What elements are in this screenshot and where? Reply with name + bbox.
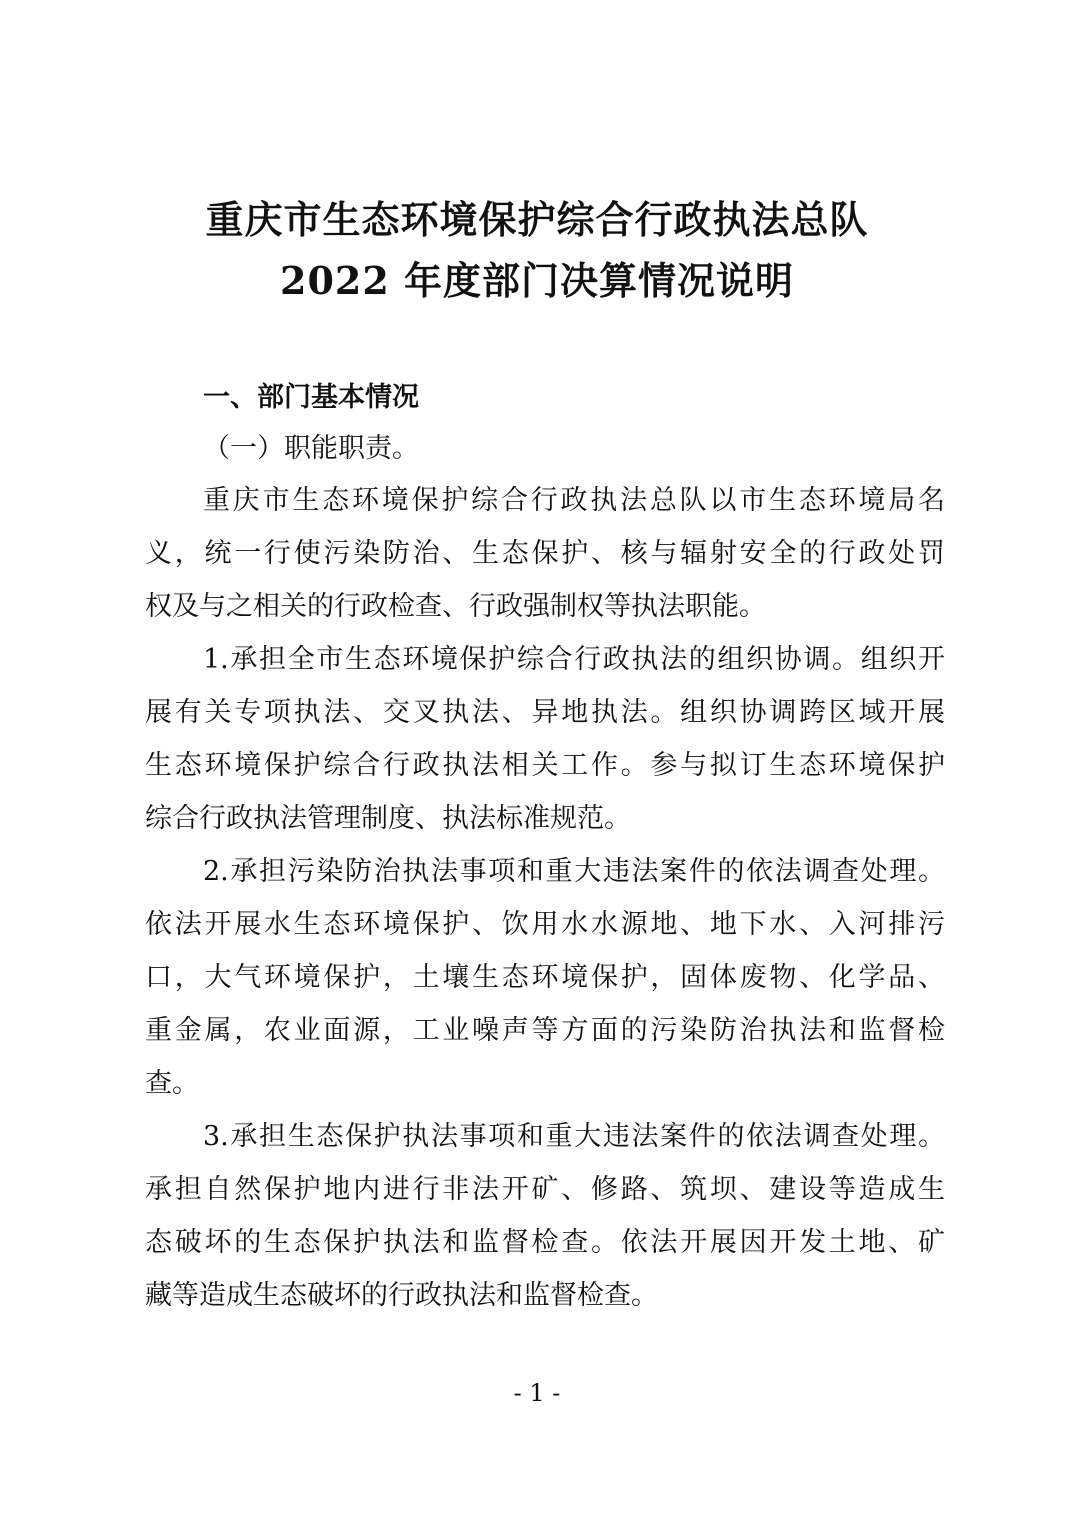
paragraph-line: 重金属，农业面源，工业噪声等方面的污染防治执法和监督检	[145, 1013, 945, 1049]
paragraph-line: 口，大气环境保护，土壤生态环境保护，固体废物、化学品、	[145, 960, 945, 996]
paragraph-line: 生态环境保护综合行政执法相关工作。参与拟订生态环境保护	[145, 748, 945, 784]
paragraph-line: 1.承担全市生态环境保护综合行政执法的组织协调。组织开	[203, 642, 945, 678]
page-number: - 1 -	[0, 1378, 1074, 1408]
document-title-line-1: 重庆市生态环境保护综合行政执法总队	[0, 197, 1074, 243]
paragraph-line: 综合行政执法管理制度、执法标准规范。	[145, 801, 945, 837]
paragraph-line: 承担自然保护地内进行非法开矿、修路、筑坝、建设等造成生	[145, 1172, 945, 1208]
paragraph-line: 藏等造成生态破坏的行政执法和监督检查。	[145, 1278, 945, 1314]
paragraph-line: 重庆市生态环境保护综合行政执法总队以市生态环境局名	[203, 483, 945, 519]
paragraph-line: 态破坏的生态保护执法和监督检查。依法开展因开发土地、矿	[145, 1225, 945, 1261]
section-heading: 一、部门基本情况	[203, 380, 419, 416]
paragraph-line: 权及与之相关的行政检查、行政强制权等执法职能。	[145, 589, 945, 625]
paragraph-line: 2.承担污染防治执法事项和重大违法案件的依法调查处理。	[203, 854, 945, 890]
paragraph-line: 义，统一行使污染防治、生态保护、核与辐射安全的行政处罚	[145, 536, 945, 572]
paragraph-line: 3.承担生态保护执法事项和重大违法案件的依法调查处理。	[203, 1119, 945, 1155]
paragraph-line: 查。	[145, 1066, 945, 1102]
document-page: 重庆市生态环境保护综合行政执法总队 2022 年度部门决算情况说明 一、部门基本…	[0, 0, 1074, 1520]
paragraph-line: 依法开展水生态环境保护、饮用水水源地、地下水、入河排污	[145, 907, 945, 943]
document-title-line-2: 2022 年度部门决算情况说明	[0, 258, 1074, 304]
paragraph-line: 展有关专项执法、交叉执法、异地执法。组织协调跨区域开展	[145, 695, 945, 731]
subsection-heading: （一）职能职责。	[203, 431, 419, 467]
